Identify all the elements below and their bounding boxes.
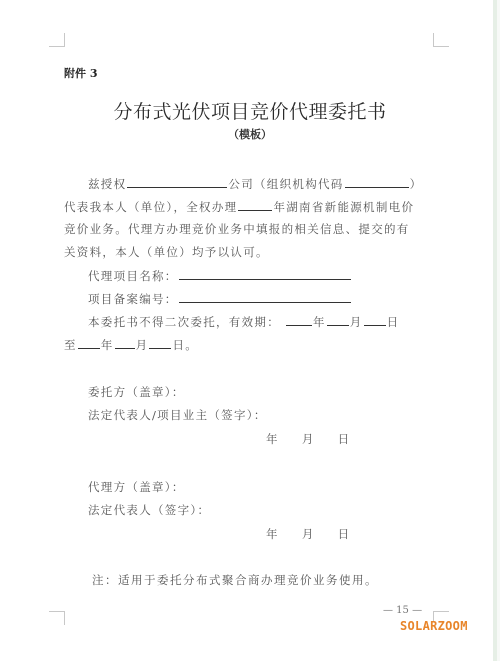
crop-mark-top-left [49,33,65,47]
month-label: 月 [302,526,315,542]
start-day-blank[interactable] [364,313,386,326]
text: 月 [136,338,149,352]
usage-note: 注：适用于委托分布式聚合商办理竞价业务使用。 [92,572,378,588]
text: 年湖南省新能源机制电价 [273,200,414,214]
month-label: 月 [302,431,315,447]
text: 本委托书不得二次委托，有效期： [88,315,280,329]
project-name-row: 代理项目名称： [64,267,436,284]
day-label: 日 [338,526,351,542]
attachment-label: 附件 3 [64,65,97,81]
authorization-line-2: 代表我本人（单位），全权办理年湖南省新能源机制电价 [64,198,436,215]
end-day-blank[interactable] [149,336,171,349]
project-record-label: 项目备案编号： [88,292,178,306]
text: 月 [350,315,363,329]
agent-date: 年 月 日 [266,526,350,542]
crop-mark-bottom-left [49,611,65,625]
year-label: 年 [266,526,279,542]
document-subtitle: （模板） [0,126,500,142]
org-code-blank[interactable] [345,175,409,188]
day-label: 日 [338,431,351,447]
text: 兹授权 [88,177,126,191]
text: 年 [313,315,326,329]
project-name-label: 代理项目名称： [88,269,178,283]
principal-seal-label: 委托方（盖章）： [64,384,436,400]
project-record-row: 项目备案编号： [64,290,436,307]
authorization-line-1: 兹授权公司（组织机构代码） [64,175,436,192]
watermark-logo: SOLARZOOM [400,619,468,633]
company-name-blank[interactable] [127,175,227,188]
end-year-blank[interactable] [78,336,100,349]
start-month-blank[interactable] [327,313,349,326]
text: 至 [64,338,77,352]
end-month-blank[interactable] [115,336,135,349]
page-number: — 15 — [383,605,422,616]
text: 日。 [172,338,198,352]
text: 代表我本人（单位），全权办理 [64,200,237,214]
agent-seal-label: 代理方（盖章）： [64,479,436,495]
year-label: 年 [266,431,279,447]
text: 公司（组织机构代码 [228,177,343,191]
principal-date: 年 月 日 [266,431,350,447]
validity-line-1: 本委托书不得二次委托，有效期： 年月日 [64,313,436,330]
text: 年 [101,338,114,352]
year-blank[interactable] [238,198,272,211]
project-record-blank[interactable] [179,290,351,303]
text: ） [410,177,423,191]
crop-mark-top-right [433,33,449,47]
principal-rep-label: 法定代表人/项目业主（签字）： [64,407,436,423]
document-title: 分布式光伏项目竞价代理委托书 [0,97,500,124]
validity-line-2: 至年月日。 [64,336,436,353]
authorization-line-3: 竞价业务。代理方办理竞价业务中填报的相关信息、提交的有 [64,221,436,237]
agent-rep-label: 法定代表人（签字）： [64,502,436,518]
authorization-line-4: 关资料，本人（单位）均予以认可。 [64,244,436,260]
start-year-blank[interactable] [286,313,312,326]
project-name-blank[interactable] [179,267,351,280]
text: 日 [387,315,400,329]
